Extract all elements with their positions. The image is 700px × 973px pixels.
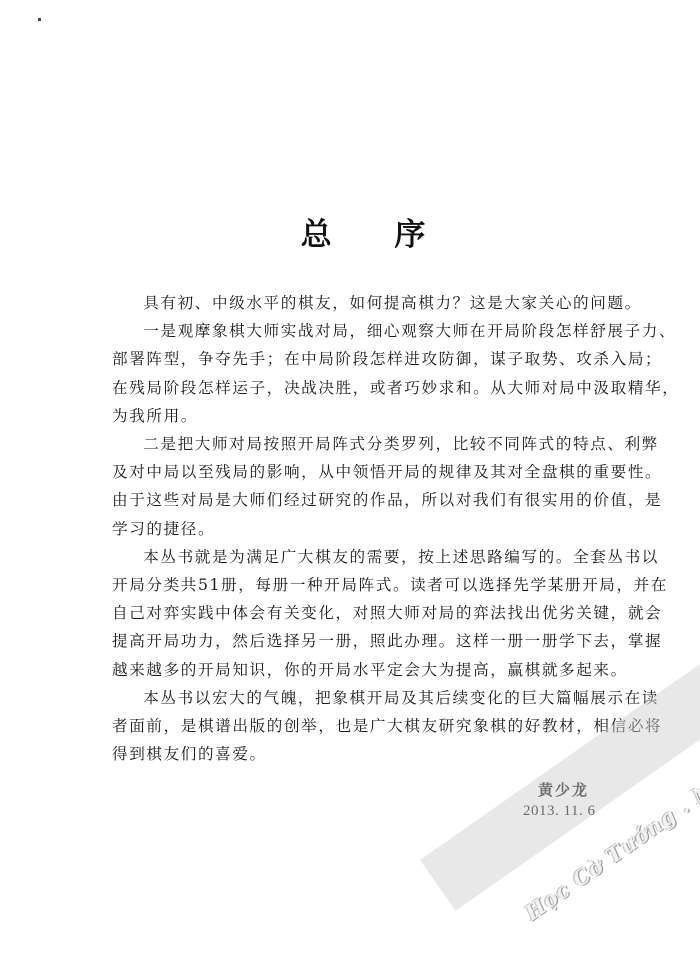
text-line: 部署阵型，争夺先手；在中局阶段怎样进攻防御，谋子取势、攻杀入局； xyxy=(112,345,612,373)
text-line: 越来越多的开局知识，你的开局水平定会大为提高，赢棋就多起来。 xyxy=(112,656,612,684)
text-line: 一是观摩象棋大师实战对局，细心观察大师在开局阶段怎样舒展子力、 xyxy=(112,317,612,345)
text-line: 具有初、中级水平的棋友，如何提高棋力？这是大家关心的问题。 xyxy=(112,289,612,317)
paragraph: 本丛书就是为满足广大棋友的需要，按上述思路编写的。全套丛书以 开局分类共51册，… xyxy=(112,543,612,684)
text-line: 提高开局功力，然后选择另一册，照此办理。这样一册一册学下去，掌握 xyxy=(112,627,612,655)
text-line: 为我所用。 xyxy=(112,402,612,430)
foreword-body: 具有初、中级水平的棋友，如何提高棋力？这是大家关心的问题。 一是观摩象棋大师实战… xyxy=(112,289,612,768)
paragraph: 本丛书以宏大的气魄，把象棋开局及其后续变化的巨大篇幅展示在读 者面前，是棋谱出版… xyxy=(112,684,612,769)
paragraph: 二是把大师对局按照开局阵式分类罗列，比较不同阵式的特点、利弊 及对中局以至残局的… xyxy=(112,430,612,543)
text-line: 由于这些对局是大师们经过研究的作品，所以对我们有很实用的价值，是 xyxy=(112,486,612,514)
text-line: 及对中局以至残局的影响，从中领悟开局的规律及其对全盘棋的重要性。 xyxy=(112,458,612,486)
text-line: 本丛书就是为满足广大棋友的需要，按上述思路编写的。全套丛书以 xyxy=(112,543,612,571)
page-title: 总 序 xyxy=(0,209,700,254)
text-line: 开局分类共51册，每册一种开局阵式。读者可以选择先学某册开局，并在 xyxy=(112,571,612,599)
text-line: 者面前，是棋谱出版的创举，也是广大棋友研究象棋的好教材，相信必将 xyxy=(112,712,612,740)
text-line: 学习的捷径。 xyxy=(112,515,612,543)
text-line: 二是把大师对局按照开局阵式分类罗列，比较不同阵式的特点、利弊 xyxy=(112,430,612,458)
text-line: 本丛书以宏大的气魄，把象棋开局及其后续变化的巨大篇幅展示在读 xyxy=(112,684,612,712)
text-line: 在残局阶段怎样运子，决战决胜，或者巧妙求和。从大师对局中汲取精华， xyxy=(112,374,612,402)
paragraph: 一是观摩象棋大师实战对局，细心观察大师在开局阶段怎样舒展子力、 部署阵型，争夺先… xyxy=(112,317,612,430)
paragraph: 具有初、中级水平的棋友，如何提高棋力？这是大家关心的问题。 xyxy=(112,289,612,317)
scan-speck xyxy=(38,18,41,21)
text-line: 自己对弈实践中体会有关变化，对照大师对局的弈法找出优劣关键，就会 xyxy=(112,599,612,627)
text-line: 得到棋友们的喜爱。 xyxy=(112,740,612,768)
